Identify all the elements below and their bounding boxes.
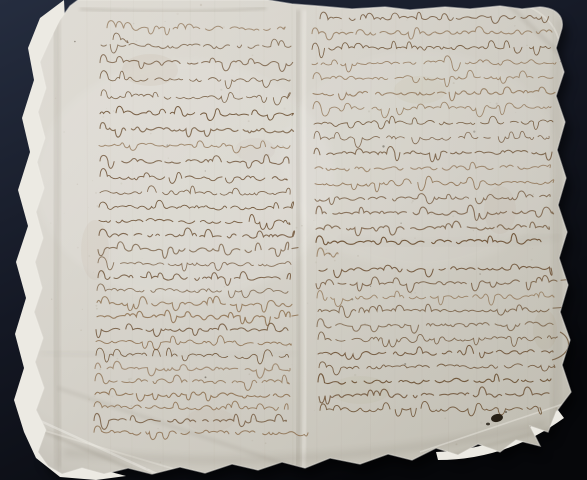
manuscript-photo bbox=[0, 0, 587, 480]
manuscript-scan bbox=[0, 0, 587, 480]
photo-vignette bbox=[0, 0, 587, 480]
